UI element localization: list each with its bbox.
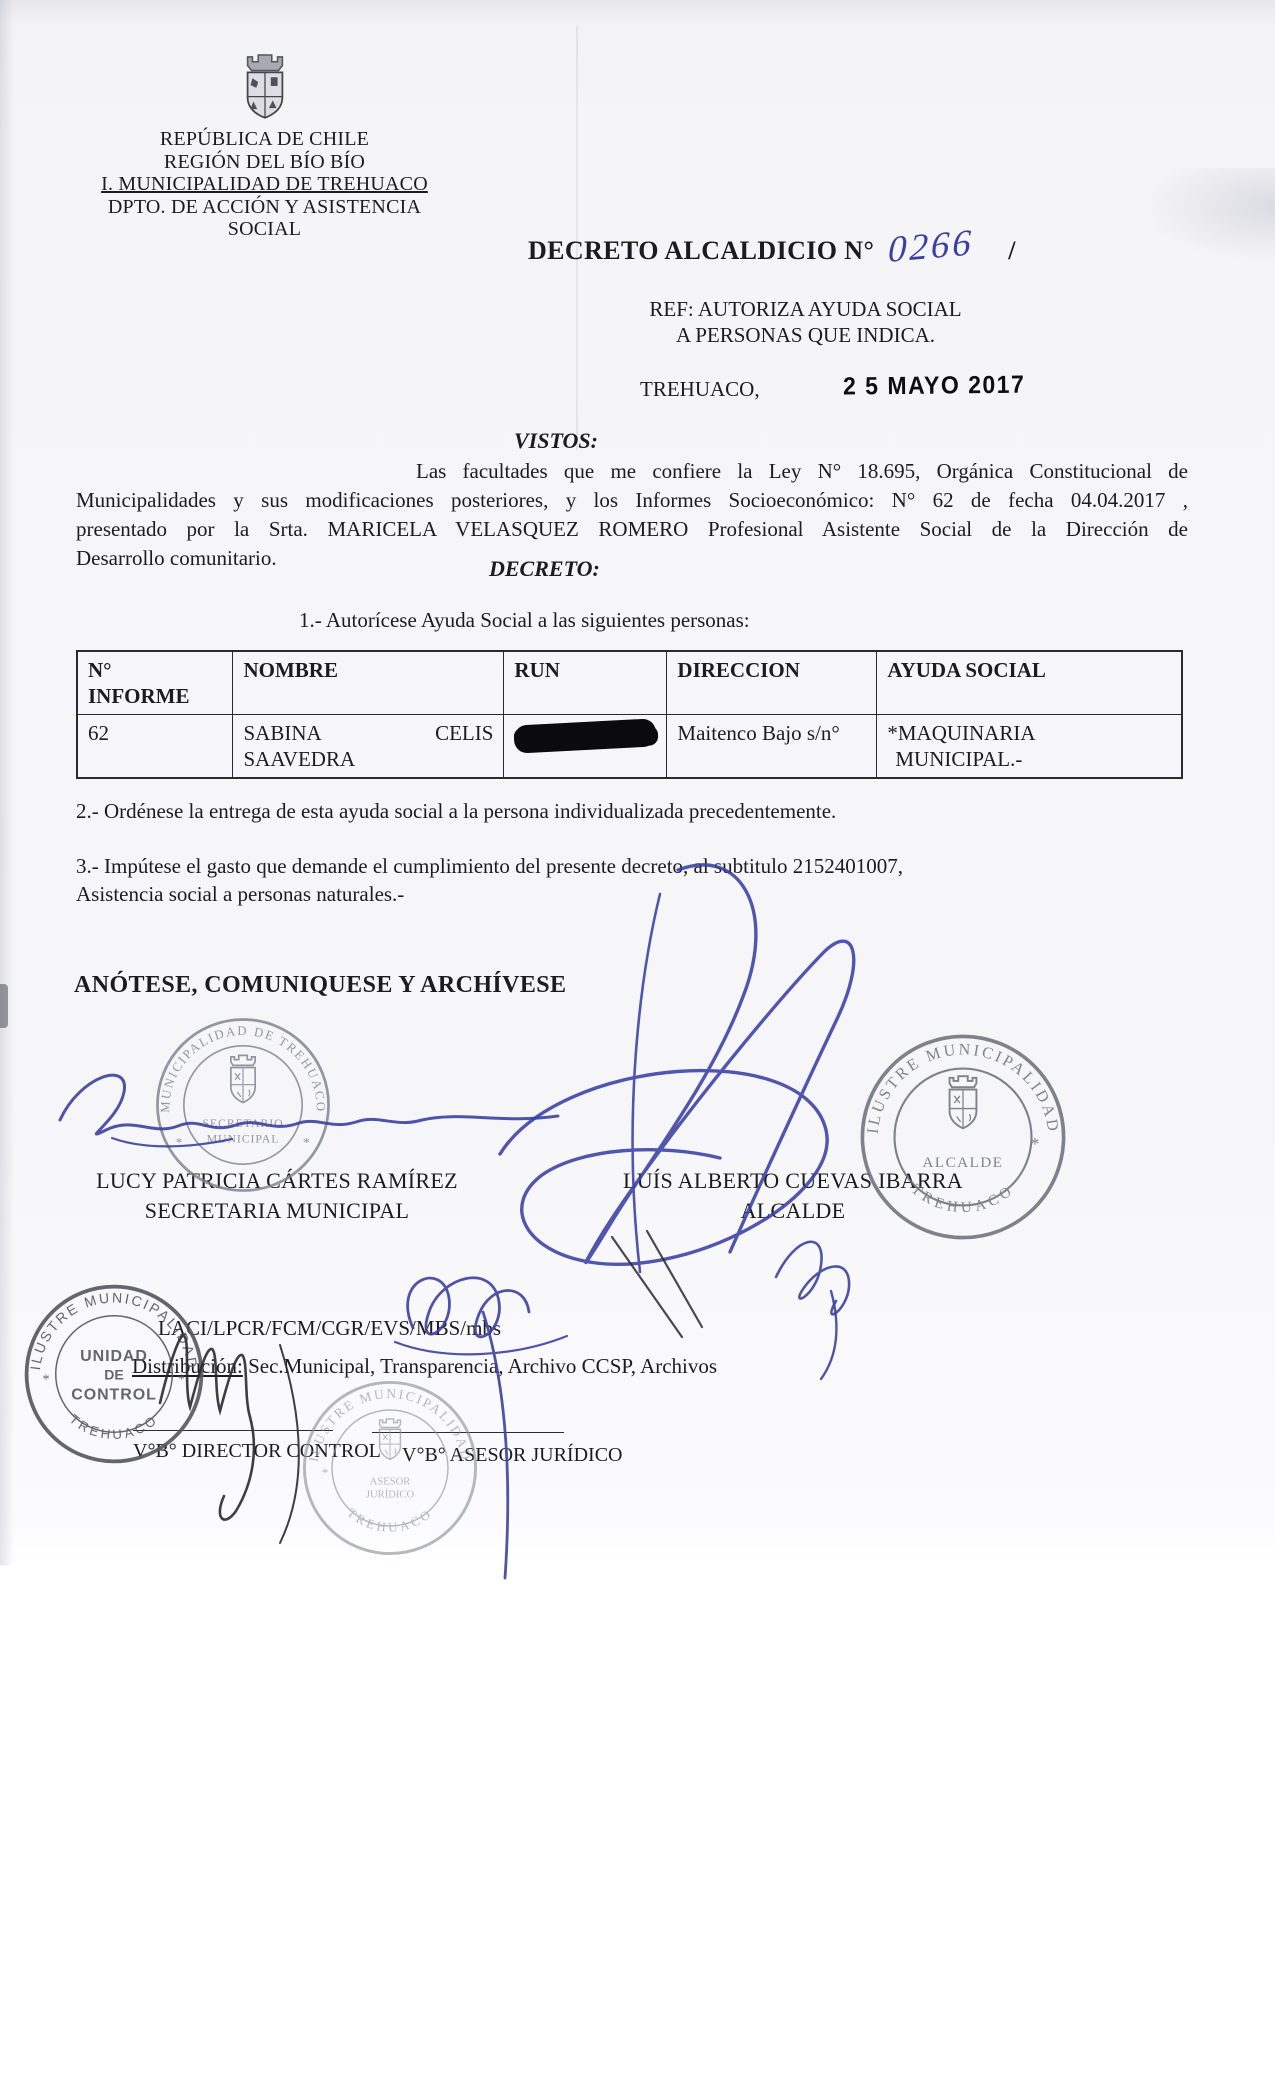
vistos-heading: VISTOS: [514,428,598,454]
scan-edge-artifact [0,984,8,1028]
scan-left-edge [0,0,14,1565]
decree-point-1: 1.- Autorícese Ayuda Social a las siguie… [299,608,750,633]
cell-direccion: Maitenco Bajo s/n° [667,715,877,779]
col-header-direccion: DIRECCION [667,651,877,715]
ayuda-line-1: *MAQUINARIA [887,720,1171,746]
nombre-first: SABINA [243,720,321,746]
cell-informe: 62 [77,715,233,779]
stamp-center-text: ALCALDE [922,1155,1003,1171]
place-label: TREHUACO, [640,377,760,402]
svg-text:TREHUACO: TREHUACO [908,1181,1018,1216]
col-header-informe: N° INFORME [77,651,233,715]
table-row: 62 SABINA CELIS SAAVEDRA Maitenco Bajo s… [77,715,1182,779]
letterhead-region: REGIÓN DEL BÍO BÍO [72,151,457,174]
date-stamp: 2 5 MAYO 2017 [843,370,1026,401]
reference-line-1: REF: AUTORIZA AYUDA SOCIAL [648,296,963,322]
margin-ink-marks [550,1215,930,1385]
decree-title-row: DECRETO ALCALDICIO N° 0266 / [528,236,1016,266]
republic-coat-of-arms-icon [236,48,294,120]
scanned-decree-page: REPÚBLICA DE CHILE REGIÓN DEL BÍO BÍO I.… [0,0,1275,2100]
decreto-heading: DECRETO: [489,556,600,582]
col-header-ayuda: AYUDA SOCIAL [877,651,1182,715]
nombre-middle: CELIS [435,720,493,746]
vistos-line: Las facultades que me confiere la Ley N°… [76,457,1188,486]
vistos-line: Municipalidades y sus modificaciones pos… [76,486,1188,515]
letterhead: REPÚBLICA DE CHILE REGIÓN DEL BÍO BÍO I.… [72,48,457,241]
stamp-center-text: DE [104,1367,124,1383]
nombre-second-line: SAAVEDRA [243,746,493,772]
scan-corner-shade [1140,168,1275,263]
vistos-line: Desarrollo comunitario. [76,544,1188,573]
beneficiaries-table: N° INFORME NOMBRE RUN DIRECCION AYUDA SO… [76,650,1183,779]
run-redaction-bar [514,718,657,753]
director-control-signature-ink [130,1305,370,1545]
reference-block: REF: AUTORIZA AYUDA SOCIAL A PERSONAS QU… [648,296,963,348]
stamp-star: * [1030,1134,1039,1154]
stamp-arc-text: TREHUACO [908,1181,1018,1216]
col-header-run: RUN [504,651,667,715]
ayuda-line-2: MUNICIPAL.- [887,746,1171,772]
vistos-paragraph: Las facultades que me confiere la Ley N°… [76,457,1188,573]
secretaria-title: SECRETARIA MUNICIPAL [92,1196,462,1226]
table-header-row: N° INFORME NOMBRE RUN DIRECCION AYUDA SO… [77,651,1182,715]
cell-ayuda: *MAQUINARIA MUNICIPAL.- [877,715,1182,779]
decree-point-2: 2.- Ordénese la entrega de esta ayuda so… [76,797,1156,825]
letterhead-department: DPTO. DE ACCIÓN Y ASISTENCIA SOCIAL [72,196,457,241]
decree-title-slash: / [1008,236,1015,266]
decree-number-handwritten: 0266 [888,228,975,266]
stamp-star: * [43,1371,50,1387]
col-header-nombre: NOMBRE [233,651,504,715]
decree-title: DECRETO ALCALDICIO N° [528,236,874,266]
cell-nombre: SABINA CELIS SAAVEDRA [233,715,504,779]
letterhead-municipality: I. MUNICIPALIDAD DE TREHUACO [72,173,457,196]
cell-run [504,715,667,779]
vistos-line: presentado por la Srta. MARICELA VELASQU… [76,515,1188,544]
letterhead-country: REPÚBLICA DE CHILE [72,128,457,151]
reference-line-2: A PERSONAS QUE INDICA. [648,322,963,348]
